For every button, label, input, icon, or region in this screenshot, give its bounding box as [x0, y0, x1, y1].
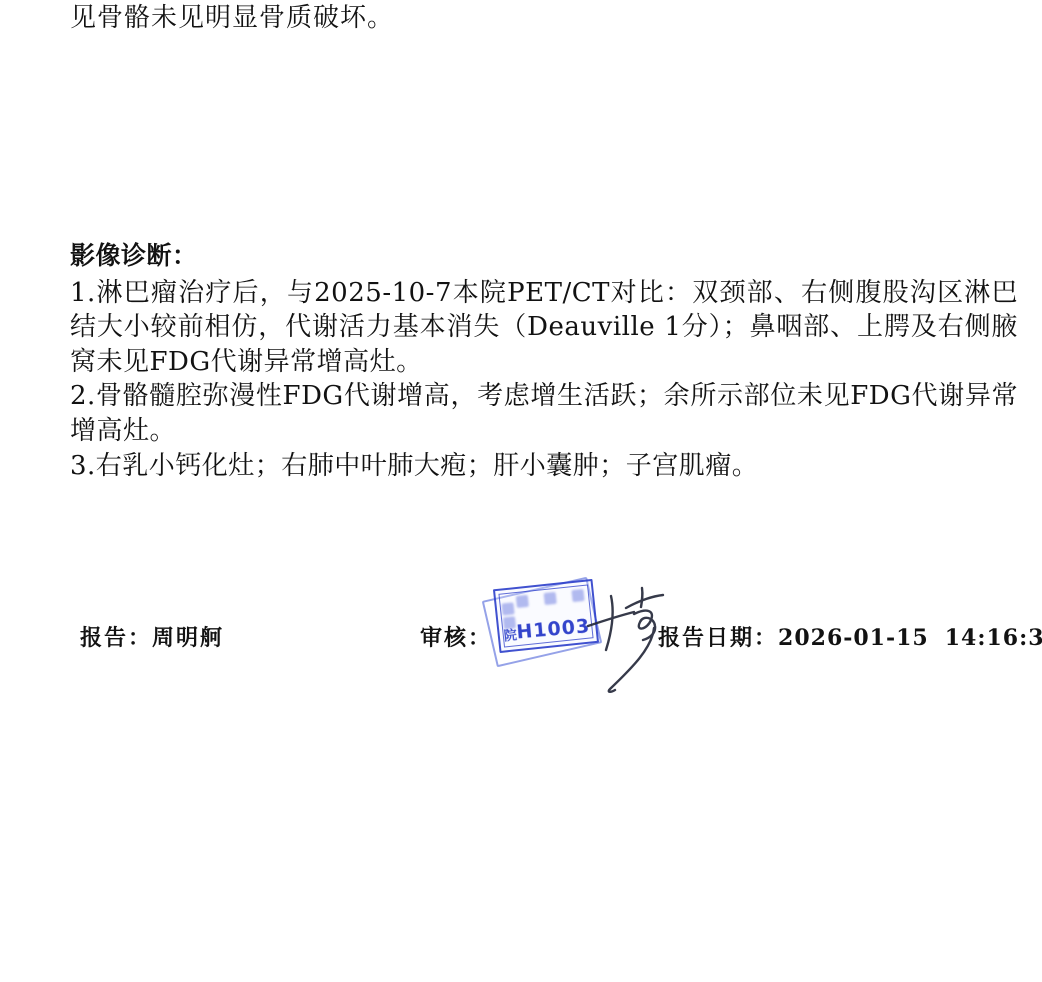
reviewer-stamp: 院 H1003: [486, 582, 604, 662]
reviewer-handwritten-signature: [570, 572, 700, 702]
report-footer: 报告：周明舸 审核： 院: [0, 0, 1042, 982]
medical-report-page: 见骨骼未见明显骨质破坏。 影像诊断： 1.淋巴瘤治疗后，与2025-10-7本院…: [0, 0, 1042, 982]
report-body-continuation-line: 见骨骼未见明显骨质破坏。: [70, 2, 394, 34]
report-date-label: 报告日期：: [658, 625, 778, 651]
stamp-code: H1003: [516, 615, 591, 643]
diagnosis-item: 1.淋巴瘤治疗后，与2025-10-7本院PET/CT对比：双颈部、右侧腹股沟区…: [70, 276, 1018, 380]
reviewer-field: 审核：: [420, 621, 492, 652]
diagnosis-item: 3.右乳小钙化灶；右肺中叶肺大疱；肝小囊肿；子宫肌瘤。: [70, 449, 1018, 484]
diagnosis-heading: 影像诊断：: [70, 239, 1018, 274]
reporter-name: 周明舸: [152, 625, 224, 651]
report-time-value: 14:16:36: [945, 625, 1042, 651]
stamp-illegible-char: [544, 592, 557, 605]
stamp-illegible-char: [502, 616, 515, 629]
reporter-field: 报告：周明舸: [80, 621, 224, 652]
stamp-side-char: 院: [503, 629, 517, 644]
stamp-illegible-char: [501, 602, 514, 615]
diagnosis-section: 影像诊断： 1.淋巴瘤治疗后，与2025-10-7本院PET/CT对比：双颈部、…: [70, 239, 1018, 483]
reviewer-label: 审核：: [420, 625, 492, 651]
diagnosis-items: 1.淋巴瘤治疗后，与2025-10-7本院PET/CT对比：双颈部、右侧腹股沟区…: [70, 276, 1018, 484]
stamp-illegible-char: [571, 589, 584, 602]
report-date-value: 2026-01-15: [778, 625, 929, 651]
stamp-ghost-impression: [482, 577, 603, 668]
stamp-illegible-char: [516, 595, 529, 608]
report-date-field: 报告日期：2026-01-1514:16:36: [658, 621, 1042, 652]
stamp-main-impression: 院 H1003: [493, 579, 599, 653]
diagnosis-item: 2.骨骼髓腔弥漫性FDG代谢增高，考虑增生活跃；余所示部位未见FDG代谢异常增高…: [70, 379, 1018, 448]
reporter-label: 报告：: [80, 625, 152, 651]
